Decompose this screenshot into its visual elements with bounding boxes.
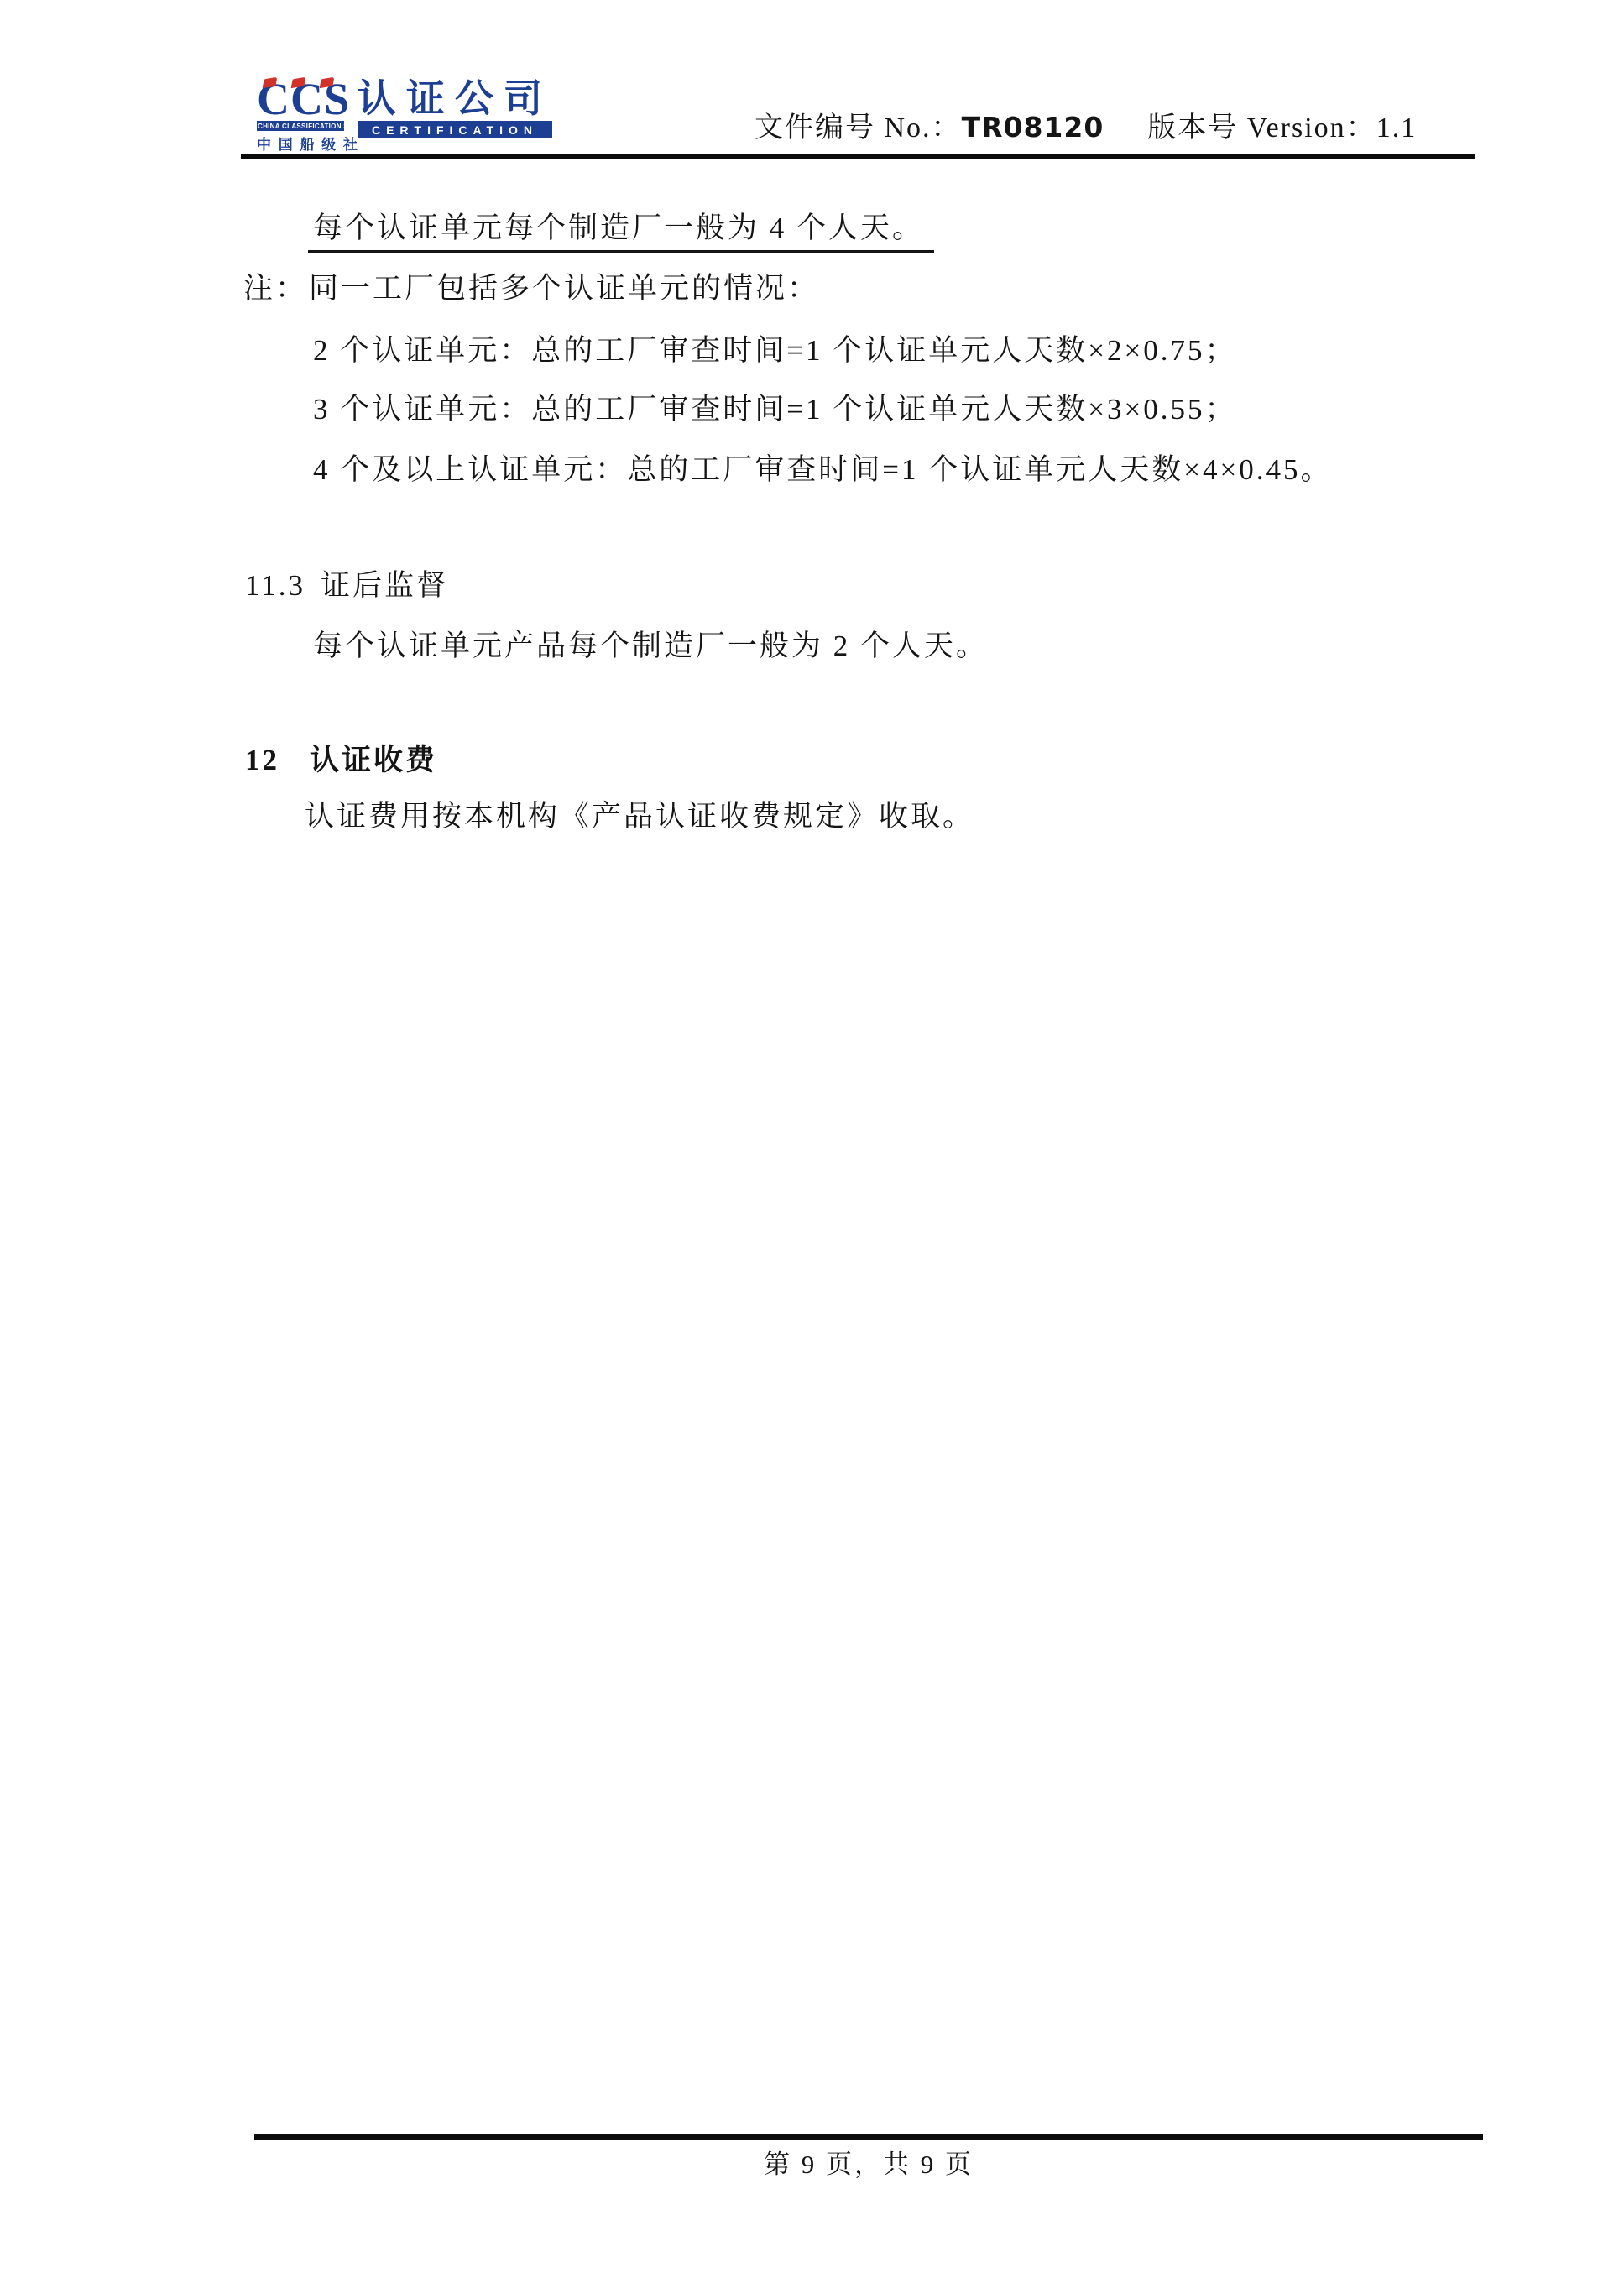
section-12-body: 认证费用按本机构《产品认证收费规定》收取。 [305, 800, 974, 833]
paragraph-mandays-4: 每个认证单元每个制造厂一般为 4 个人天。 [308, 212, 934, 245]
list-item-4-units: 4 个及以上认证单元：总的工厂审查时间=1 个认证单元人天数×4×0.45。 [313, 453, 1332, 487]
ccs-logo-right: 认证公司 CERTIFICATION [358, 81, 552, 138]
page-number: 第 9 页，共 9 页 [254, 2143, 1483, 2181]
ccs-society-name-cn: 中 国 船 级 社 [257, 133, 344, 154]
note-line: 注：同一工厂包括多个认证单元的情况： [243, 272, 819, 306]
list-item-2-units: 2 个认证单元：总的工厂审查时间=1 个认证单元人天数×2×0.75； [313, 334, 1236, 368]
ccs-logo: CCS CHINA CLASSIFICATION SOCIETY 中 国 船 级… [257, 81, 552, 154]
list-item-3-units: 3 个认证单元：总的工厂审查时间=1 个认证单元人天数×3×0.55； [313, 393, 1236, 426]
ccs-logo-left: CCS CHINA CLASSIFICATION SOCIETY 中 国 船 级… [257, 81, 344, 154]
document-page: CCS CHINA CLASSIFICATION SOCIETY 中 国 船 级… [0, 0, 1624, 2278]
section-title: 证后监督 [321, 569, 448, 602]
footer-rule [254, 2134, 1483, 2140]
section-number: 12 [245, 744, 279, 776]
version-label: 版本号 Version： [1147, 112, 1376, 144]
ccs-wordmark: CCS [257, 81, 344, 118]
header-rule [241, 154, 1475, 159]
section-11-3-body: 每个认证单元产品每个制造厂一般为 2 个人天。 [313, 630, 988, 663]
underlined-text: 每个认证单元每个制造厂一般为 4 个人天。 [308, 212, 934, 253]
section-number: 11.3 [245, 569, 305, 602]
certification-company-cn: 认证公司 [358, 81, 552, 116]
section-heading-12: 12认证收费 [245, 744, 437, 777]
certification-company-en: CERTIFICATION [358, 121, 552, 138]
doc-no-label: 文件编号 No.： [755, 112, 962, 144]
document-meta: 文件编号 No.：TR08120版本号 Version：1.1 [755, 104, 1417, 145]
note-label: 注： [243, 272, 307, 305]
note-text: 同一工厂包括多个认证单元的情况： [309, 272, 819, 305]
doc-no-value: TR08120 [962, 111, 1104, 144]
version-value: 1.1 [1376, 112, 1418, 144]
section-title: 认证收费 [310, 744, 437, 776]
section-heading-11-3: 11.3证后监督 [245, 569, 448, 603]
